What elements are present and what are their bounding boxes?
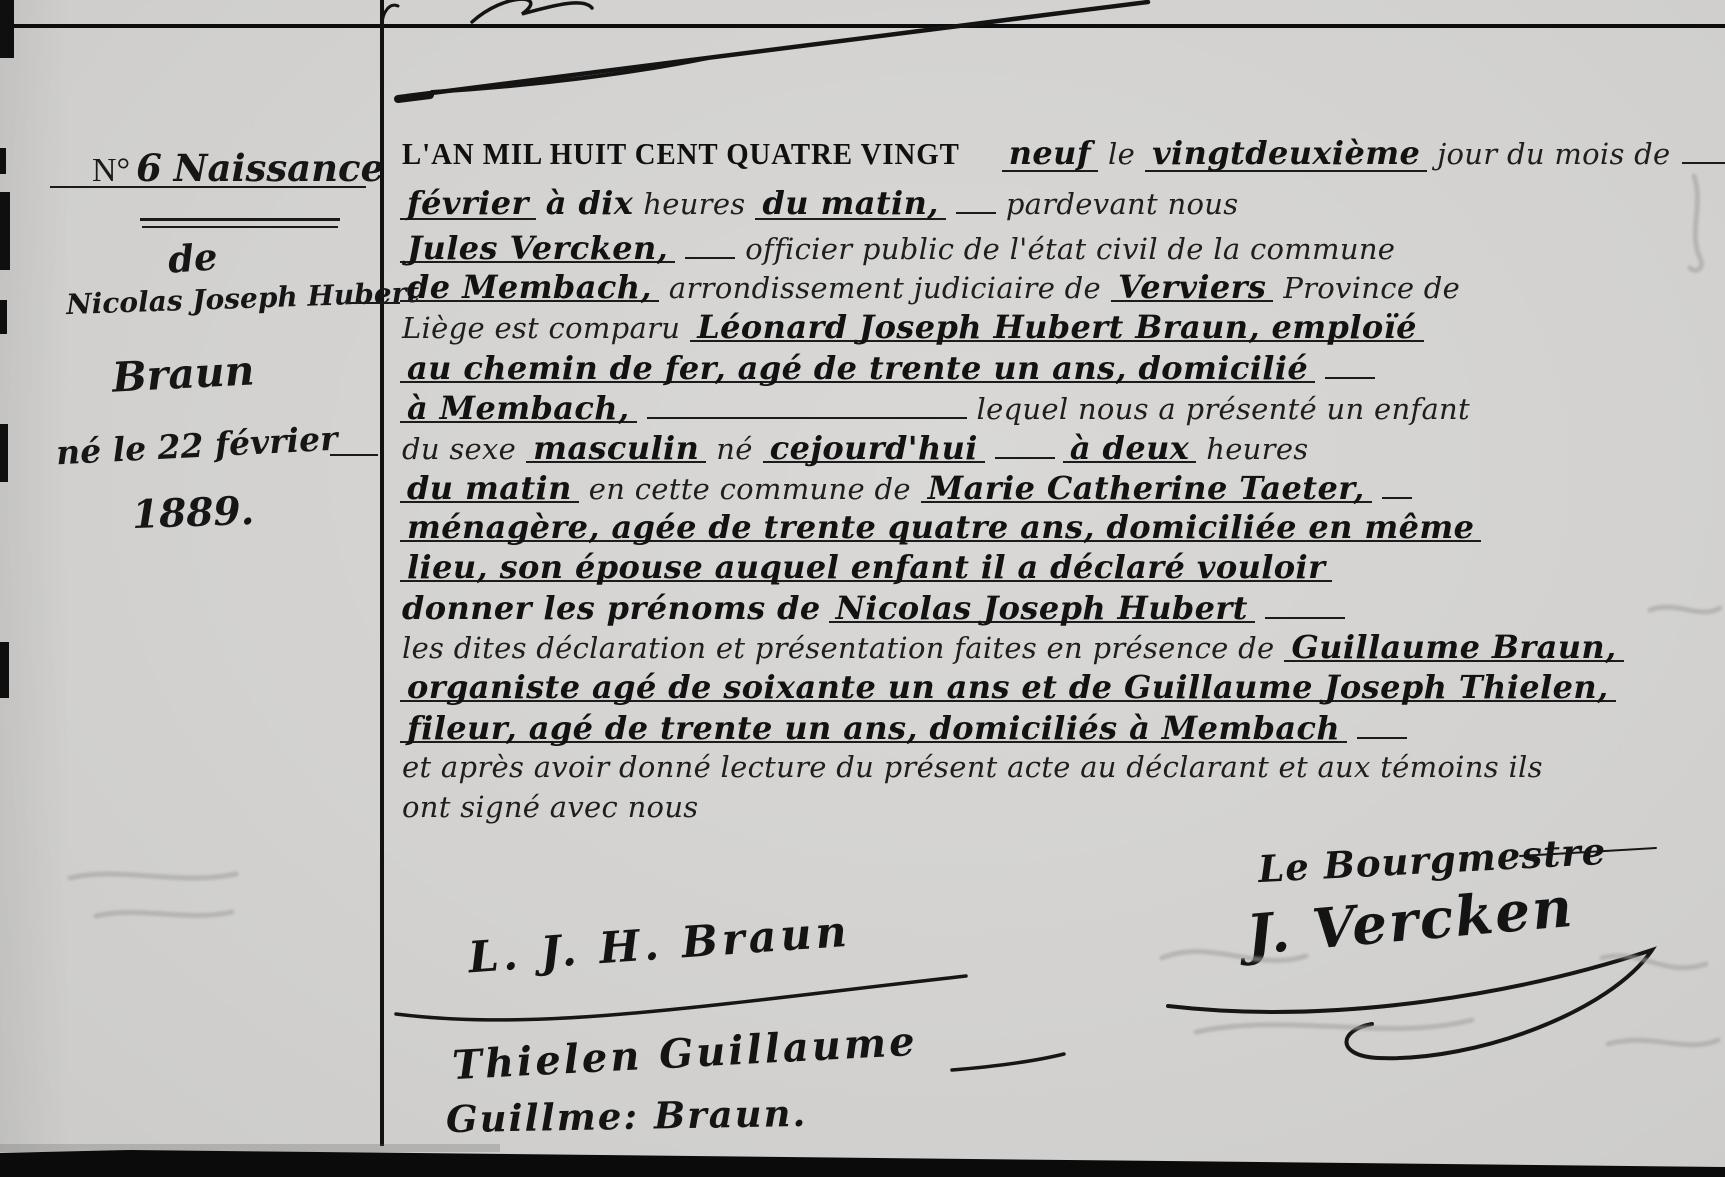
bleedthrough-marks [70, 176, 1720, 1045]
bleedthrough-layer [0, 0, 1725, 1177]
register-page-scan: N°6 Naissance de Nicolas Joseph Hubert B… [0, 0, 1725, 1177]
